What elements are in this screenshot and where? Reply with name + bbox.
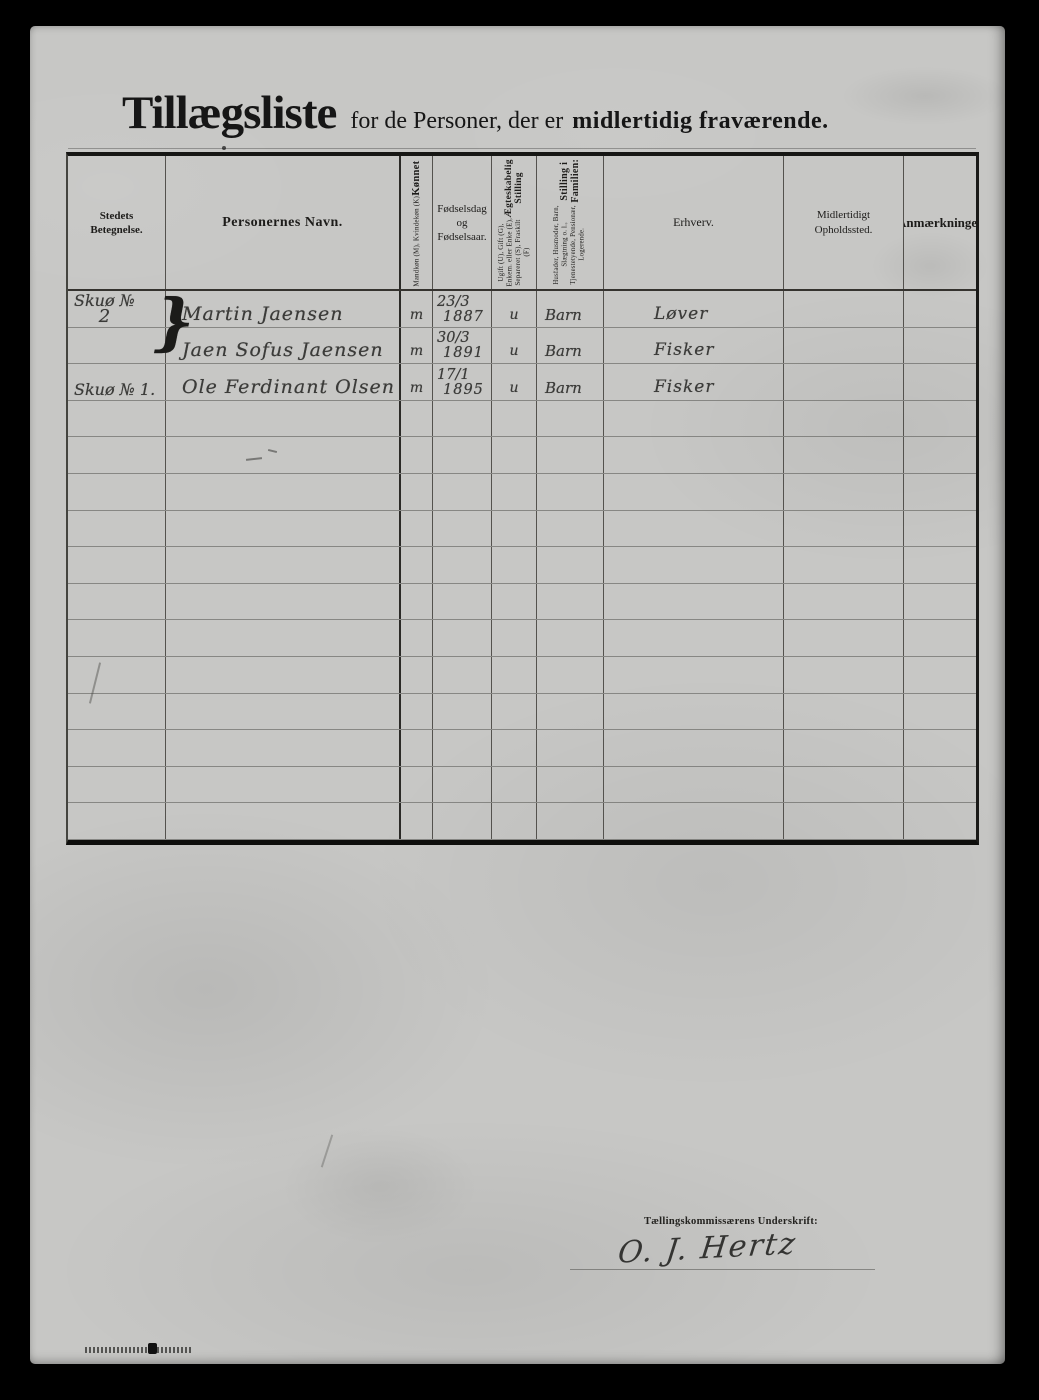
empty-cell	[537, 730, 604, 766]
empty-cell	[784, 657, 904, 693]
table-row-empty	[68, 474, 976, 511]
cell-sex: M	[410, 380, 423, 400]
header-birthdate: Fødselsdag og Fødselsaar.	[433, 156, 492, 289]
empty-cell	[492, 730, 537, 766]
empty-cell	[433, 437, 492, 473]
empty-cell	[537, 767, 604, 803]
header-temporary-residence: Midlertidigt Opholdssted.	[784, 156, 904, 289]
empty-cell	[784, 694, 904, 730]
empty-cell	[433, 767, 492, 803]
empty-cell	[904, 657, 978, 693]
empty-cell	[904, 694, 978, 730]
header-name: Personernes Navn.	[166, 156, 401, 289]
empty-cell	[166, 511, 401, 547]
empty-cell	[433, 511, 492, 547]
ink-speck	[222, 146, 226, 150]
cell-family-position: Barn	[537, 342, 582, 363]
empty-cell	[401, 730, 433, 766]
empty-cell	[492, 401, 537, 437]
cell-place-number: 2	[74, 309, 135, 324]
empty-cell	[433, 584, 492, 620]
table-body: } Skuø №2 Martin Jaensen M 23/31887 U Ba…	[68, 291, 976, 840]
cell-place: Skuø № 1.	[68, 382, 155, 400]
census-form-page: Tillægsliste for de Personer, der er mid…	[30, 26, 1005, 1364]
empty-cell	[166, 547, 401, 583]
table-row: Jaen Sofus Jaensen M 30/31891 U Barn Fis…	[68, 328, 976, 365]
cell-birthdate: 17/11895	[433, 368, 484, 400]
empty-cell	[433, 474, 492, 510]
empty-cell	[401, 694, 433, 730]
cell-marital: U	[509, 380, 518, 400]
empty-cell	[604, 620, 784, 656]
header-marital-sub: Ugift (U), Gift (G), Enkem. eller Enke (…	[497, 217, 531, 286]
empty-cell	[401, 767, 433, 803]
empty-cell	[166, 657, 401, 693]
scanned-census-document: { "title": { "main": "Tillægsliste", "re…	[0, 0, 1039, 1400]
signature-label: Tællingskommissærens Underskrift:	[644, 1216, 818, 1227]
header-sex-sub: Mandkøn (M), Kvindekøn (K)	[412, 196, 421, 287]
printer-mark-dot	[148, 1343, 157, 1354]
signature-text: O. J. Hertz	[616, 1226, 799, 1271]
empty-cell	[537, 401, 604, 437]
empty-cell	[68, 730, 166, 766]
header-sex: Mandkøn (M), Kvindekøn (K) Kønnet	[401, 156, 433, 289]
cell-birthdate: 30/31891	[433, 331, 484, 363]
empty-cell	[904, 767, 978, 803]
empty-cell	[537, 511, 604, 547]
empty-cell	[904, 584, 978, 620]
empty-cell	[604, 474, 784, 510]
empty-cell	[537, 584, 604, 620]
empty-cell	[537, 620, 604, 656]
empty-cell	[433, 657, 492, 693]
empty-cell	[604, 437, 784, 473]
empty-cell	[166, 474, 401, 510]
empty-cell	[68, 474, 166, 510]
empty-cell	[784, 437, 904, 473]
empty-cell	[904, 547, 978, 583]
empty-cell	[784, 511, 904, 547]
empty-cell	[784, 767, 904, 803]
empty-cell	[604, 694, 784, 730]
empty-cell	[68, 511, 166, 547]
empty-cell	[604, 730, 784, 766]
empty-cell	[433, 620, 492, 656]
cell-place	[68, 360, 74, 363]
empty-cell	[68, 401, 166, 437]
table-row-empty	[68, 767, 976, 804]
empty-cell	[401, 511, 433, 547]
decorative-smudge	[280, 1126, 480, 1246]
empty-cell	[433, 401, 492, 437]
cell-sex: M	[410, 307, 423, 327]
empty-cell	[492, 437, 537, 473]
empty-cell	[401, 401, 433, 437]
cell-family-position: Barn	[537, 306, 582, 327]
empty-cell	[904, 511, 978, 547]
empty-cell	[401, 803, 433, 839]
empty-cell	[492, 767, 537, 803]
cell-sex: M	[410, 343, 423, 363]
table-row-empty	[68, 437, 976, 474]
empty-cell	[537, 657, 604, 693]
table-row-empty	[68, 657, 976, 694]
empty-cell	[433, 730, 492, 766]
empty-cell	[68, 657, 166, 693]
empty-cell	[492, 511, 537, 547]
header-sex-main: Kønnet	[411, 161, 422, 196]
empty-cell	[604, 401, 784, 437]
empty-cell	[166, 694, 401, 730]
decorative-smudge	[840, 66, 1010, 126]
table-row-empty	[68, 401, 976, 438]
empty-cell	[604, 657, 784, 693]
table-row-empty	[68, 547, 976, 584]
census-table: Stedets Betegnelse. Personernes Navn. Ma…	[66, 152, 979, 845]
table-row-empty	[68, 511, 976, 548]
header-family-position-sub: Husfader, Husmoder, Barn, Slægtning o. l…	[553, 202, 587, 286]
empty-cell	[166, 620, 401, 656]
empty-cell	[166, 803, 401, 839]
cell-birthdate: 23/31887	[433, 295, 484, 327]
empty-cell	[492, 657, 537, 693]
table-row-empty	[68, 730, 976, 767]
cell-name: Ole Ferdinant Olsen	[166, 376, 395, 400]
empty-cell	[492, 474, 537, 510]
empty-cell	[68, 620, 166, 656]
empty-cell	[784, 547, 904, 583]
empty-cell	[68, 437, 166, 473]
empty-cell	[537, 694, 604, 730]
empty-cell	[904, 620, 978, 656]
empty-cell	[784, 474, 904, 510]
empty-cell	[604, 803, 784, 839]
empty-cell	[904, 401, 978, 437]
header-place: Stedets Betegnelse.	[68, 156, 166, 289]
title-main: Tillægsliste	[122, 86, 336, 140]
empty-cell	[492, 547, 537, 583]
empty-cell	[784, 401, 904, 437]
title-subtitle: for de Personer, der er	[350, 108, 563, 135]
empty-cell	[784, 620, 904, 656]
table-header-row: Stedets Betegnelse. Personernes Navn. Ma…	[68, 156, 976, 291]
header-remarks: Anmærkninger.	[904, 156, 978, 289]
empty-cell	[68, 803, 166, 839]
empty-cell	[904, 803, 978, 839]
table-row: Skuø №2 Martin Jaensen M 23/31887 U Barn…	[68, 291, 976, 328]
empty-cell	[537, 437, 604, 473]
cell-family-position: Barn	[537, 379, 582, 400]
empty-cell	[784, 584, 904, 620]
header-family-position-main: Stilling i Familien:	[559, 159, 581, 203]
empty-cell	[401, 584, 433, 620]
empty-cell	[401, 547, 433, 583]
pencil-mark	[321, 1135, 333, 1168]
empty-cell	[537, 803, 604, 839]
page-title: Tillægsliste for de Personer, der er mid…	[122, 86, 829, 140]
empty-cell	[68, 767, 166, 803]
cell-occupation: Fisker	[604, 340, 714, 363]
table-row-empty	[68, 584, 976, 621]
empty-cell	[68, 584, 166, 620]
empty-cell	[166, 767, 401, 803]
header-marital-main: Ægteskabelig Stilling	[504, 159, 524, 218]
cell-marital: U	[509, 343, 518, 363]
table-row-empty	[68, 620, 976, 657]
empty-cell	[401, 474, 433, 510]
printer-mark	[85, 1347, 193, 1353]
empty-cell	[401, 620, 433, 656]
empty-cell	[904, 474, 978, 510]
header-marital: Ugift (U), Gift (G), Enkem. eller Enke (…	[492, 156, 537, 289]
title-emphasis: midlertidig fraværende.	[572, 108, 828, 135]
cell-name: Jaen Sofus Jaensen	[166, 339, 384, 363]
empty-cell	[433, 547, 492, 583]
empty-cell	[492, 620, 537, 656]
table-row-empty	[68, 803, 976, 840]
empty-cell	[492, 584, 537, 620]
header-family-position: Husfader, Husmoder, Barn, Slægtning o. l…	[537, 156, 604, 289]
empty-cell	[401, 437, 433, 473]
cell-marital: U	[509, 307, 518, 327]
cell-occupation: Fisker	[604, 377, 714, 400]
empty-cell	[68, 547, 166, 583]
empty-cell	[904, 730, 978, 766]
empty-cell	[166, 437, 401, 473]
empty-cell	[166, 584, 401, 620]
empty-cell	[433, 694, 492, 730]
empty-cell	[784, 803, 904, 839]
brace-mark: }	[154, 283, 194, 361]
header-occupation: Erhverv.	[604, 156, 784, 289]
cell-place: Skuø №2	[68, 293, 135, 327]
empty-cell	[784, 730, 904, 766]
cell-occupation: Løver	[604, 304, 708, 327]
empty-cell	[604, 547, 784, 583]
empty-cell	[604, 584, 784, 620]
empty-cell	[604, 767, 784, 803]
empty-cell	[166, 401, 401, 437]
table-row-empty	[68, 694, 976, 731]
table-row: Skuø № 1. Ole Ferdinant Olsen M 17/11895…	[68, 364, 976, 401]
empty-cell	[68, 694, 166, 730]
empty-cell	[604, 511, 784, 547]
empty-cell	[537, 547, 604, 583]
empty-cell	[492, 803, 537, 839]
empty-cell	[537, 474, 604, 510]
empty-cell	[904, 437, 978, 473]
empty-cell	[166, 730, 401, 766]
empty-cell	[433, 803, 492, 839]
empty-cell	[401, 657, 433, 693]
empty-cell	[492, 694, 537, 730]
